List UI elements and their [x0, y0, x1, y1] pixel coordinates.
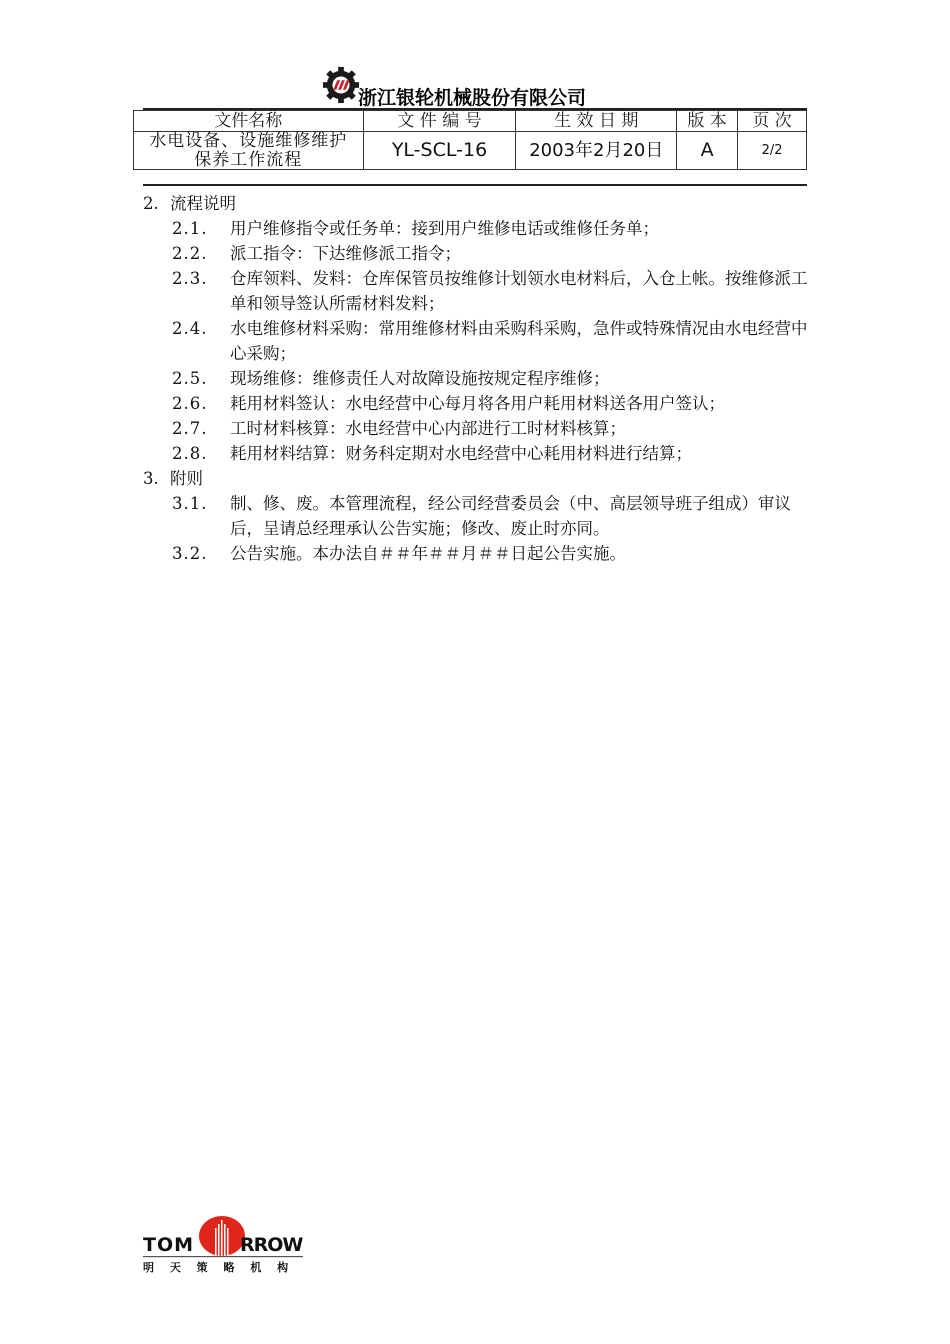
item-text: 耗用材料签认：水电经营中心每月将各用户耗用材料送各用户签认； [230, 391, 810, 416]
header-page: 页 次 [738, 111, 807, 132]
doc-name-line2: 保养工作流程 [134, 151, 363, 170]
logo-subtitle: 明 天 策 略 机 构 [143, 1259, 294, 1275]
tomorrow-logo: TOM RROW 明 天 策 略 机 构 [143, 1212, 303, 1272]
section-number: 3. [143, 466, 159, 491]
header-effective-date: 生 效 日 期 [516, 111, 677, 132]
list-item: 2.7.工时材料核算：水电经营中心内部进行工时材料核算； [143, 416, 813, 441]
list-item: 2.1.用户维修指令或任务单：接到用户维修电话或维修任务单； [143, 216, 813, 241]
item-text: 仓库领料、发料：仓库保管员按维修计划领水电材料后，入仓上帐。按维修派工单和领导签… [230, 266, 810, 316]
item-number: 3.2. [172, 541, 208, 566]
item-text: 工时材料核算：水电经营中心内部进行工时材料核算； [230, 416, 810, 441]
item-text: 水电维修材料采购：常用维修材料由采购科采购，急件或特殊情况由水电经营中心采购； [230, 316, 810, 366]
info-table-data-row: 水电设备、设施维修维护 保养工作流程 YL-SCL-16 2003年2月20日 … [134, 132, 807, 170]
item-text: 制、修、废。本管理流程，经公司经营委员会（中、高层领导班子组成）审议后，呈请总经… [230, 491, 810, 541]
item-number: 2.8. [172, 441, 208, 466]
document-body: 2. 流程说明 2.1.用户维修指令或任务单：接到用户维修电话或维修任务单； 2… [143, 191, 813, 566]
item-number: 2.1. [172, 216, 208, 241]
item-text: 耗用材料结算：财务科定期对水电经营中心耗用材料进行结算； [230, 441, 810, 466]
item-number: 2.4. [172, 316, 208, 341]
list-item: 2.4.水电维修材料采购：常用维修材料由采购科采购，急件或特殊情况由水电经营中心… [143, 316, 813, 366]
doc-name-cell: 水电设备、设施维修维护 保养工作流程 [134, 132, 364, 170]
list-item: 3.1.制、修、废。本管理流程，经公司经营委员会（中、高层领导班子组成）审议后，… [143, 491, 813, 541]
item-number: 2.2. [172, 241, 208, 266]
page-cell: 2/2 [738, 132, 807, 170]
logo-text-right: RROW [240, 1234, 302, 1256]
section-heading: 3. 附则 [143, 466, 813, 491]
list-item: 2.6.耗用材料签认：水电经营中心每月将各用户耗用材料送各用户签认； [143, 391, 813, 416]
effective-date-cell: 2003年2月20日 [516, 132, 677, 170]
content-separator [143, 184, 807, 186]
item-text: 派工指令：下达维修派工指令； [230, 241, 810, 266]
header-doc-name: 文件名称 [134, 111, 364, 132]
logo-text-left: TOM [143, 1234, 194, 1256]
info-table-header-row: 文件名称 文 件 编 号 生 效 日 期 版 本 页 次 [134, 111, 807, 132]
company-gear-logo-icon [322, 66, 360, 104]
doc-name-line1: 水电设备、设施维修维护 [134, 132, 363, 151]
doc-code-cell: YL-SCL-16 [363, 132, 516, 170]
list-item: 2.2.派工指令：下达维修派工指令； [143, 241, 813, 266]
section-heading: 2. 流程说明 [143, 191, 813, 216]
list-item: 2.3.仓库领料、发料：仓库保管员按维修计划领水电材料后，入仓上帐。按维修派工单… [143, 266, 813, 316]
section-number: 2. [143, 191, 159, 216]
item-number: 3.1. [172, 491, 208, 516]
item-number: 2.7. [172, 416, 208, 441]
company-name: 浙江银轮机械股份有限公司 [358, 83, 586, 110]
item-number: 2.6. [172, 391, 208, 416]
list-item: 2.8.耗用材料结算：财务科定期对水电经营中心耗用材料进行结算； [143, 441, 813, 466]
header-doc-code: 文 件 编 号 [363, 111, 516, 132]
version-cell: A [677, 132, 738, 170]
item-text: 用户维修指令或任务单：接到用户维修电话或维修任务单； [230, 216, 810, 241]
section-title: 流程说明 [170, 191, 236, 216]
item-number: 2.5. [172, 366, 208, 391]
item-number: 2.3. [172, 266, 208, 291]
document-info-table: 文件名称 文 件 编 号 生 效 日 期 版 本 页 次 水电设备、设施维修维护… [133, 110, 807, 170]
item-text: 公告实施。本办法自＃＃年＃＃月＃＃日起公告实施。 [230, 541, 810, 566]
company-header: 浙江银轮机械股份有限公司 [320, 66, 650, 110]
item-text: 现场维修：维修责任人对故障设施按规定程序维修； [230, 366, 810, 391]
header-version: 版 本 [677, 111, 738, 132]
list-item: 3.2.公告实施。本办法自＃＃年＃＃月＃＃日起公告实施。 [143, 541, 813, 566]
section-title: 附则 [170, 466, 203, 491]
list-item: 2.5.现场维修：维修责任人对故障设施按规定程序维修； [143, 366, 813, 391]
